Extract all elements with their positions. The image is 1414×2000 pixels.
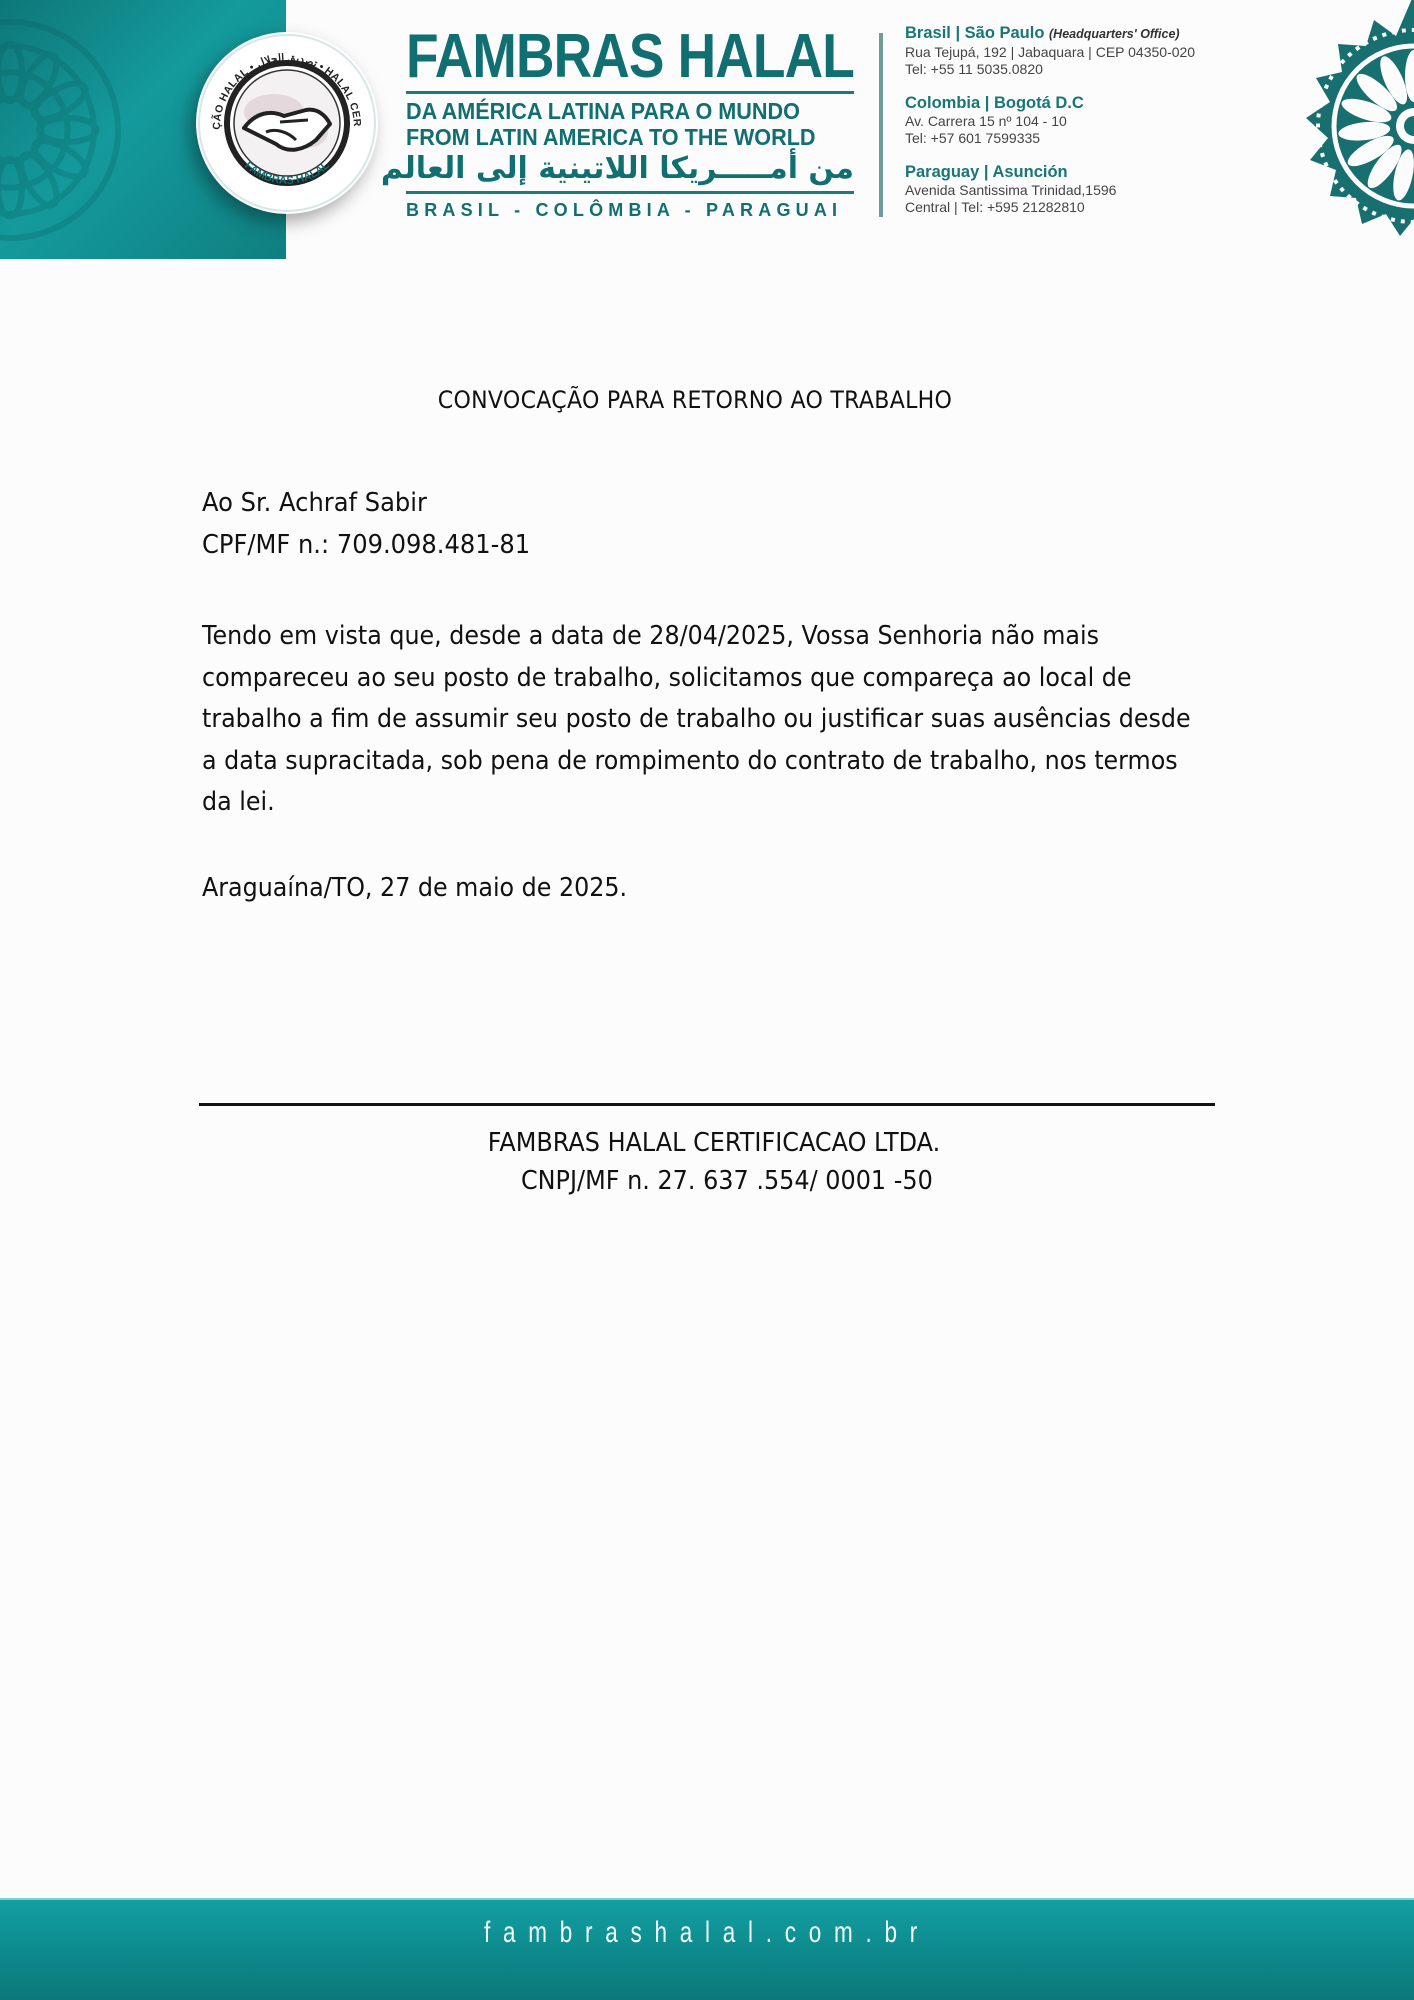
office-title: Paraguay | Asunción: [905, 163, 1068, 181]
brand-block: FAMBRAS HALAL DA AMÉRICA LATINA PARA O M…: [406, 26, 854, 221]
office-note: (Headquarters' Office): [1049, 27, 1180, 41]
office-phone: Tel: +55 11 5035.0820: [905, 61, 1235, 78]
office-title: Colombia | Bogotá D.C: [905, 94, 1084, 112]
document-title: CONVOCAÇÃO PARA RETORNO AO TRABALHO: [56, 386, 1335, 414]
office-phone: Tel: +57 601 7599335: [905, 130, 1235, 147]
signatory-company: FAMBRAS HALAL CERTIFICACAO LTDA.: [57, 1124, 1371, 1162]
office-address: Av. Carrera 15 nº 104 - 10: [905, 113, 1235, 130]
place-and-date: Araguaína/TO, 27 de maio de 2025.: [202, 873, 627, 903]
tagline-ar: من أمـــــريكا اللاتينية إلى العالم: [406, 150, 854, 188]
recipient-cpf: CPF/MF n.: 709.098.481-81: [202, 524, 530, 566]
footer-website: fambrashalal.com.br: [177, 1916, 1238, 1950]
office-brasil: Brasil | São Paulo (Headquarters' Office…: [905, 24, 1235, 78]
signature-line: [199, 1103, 1215, 1106]
office-title: Brasil | São Paulo: [905, 24, 1044, 42]
brand-title: FAMBRAS HALAL: [406, 26, 791, 88]
office-addresses: Brasil | São Paulo (Headquarters' Office…: [905, 24, 1235, 232]
footer-bar: fambrashalal.com.br: [0, 1898, 1414, 2000]
header-divider: [879, 33, 883, 217]
mandala-ornament-icon: [1284, 0, 1414, 260]
office-address: Rua Tejupá, 192 | Jabaquara | CEP 04350-…: [905, 44, 1235, 61]
recipient-block: Ao Sr. Achraf Sabir CPF/MF n.: 709.098.4…: [202, 482, 530, 566]
mandala-decoration-icon: [0, 10, 130, 250]
tagline-pt: DA AMÉRICA LATINA PARA O MUNDO: [406, 98, 827, 124]
office-colombia: Colombia | Bogotá D.C Av. Carrera 15 nº …: [905, 94, 1235, 147]
handshake-seal-icon: CERTIFICAÇÃO HALAL • تصديق الحلال • HALA…: [196, 32, 378, 214]
tagline-en: FROM LATIN AMERICA TO THE WORLD: [406, 124, 827, 150]
halal-certification-seal: CERTIFICAÇÃO HALAL • تصديق الحلال • HALA…: [196, 32, 378, 214]
brand-rule: [406, 91, 854, 94]
body-paragraph: Tendo em vista que, desde a data de 28/0…: [202, 616, 1199, 824]
countries-line: BRASIL - COLÔMBIA - PARAGUAI: [406, 200, 854, 221]
signature-block: FAMBRAS HALAL CERTIFICACAO LTDA. CNPJ/MF…: [0, 1124, 1414, 1200]
office-phone: Central | Tel: +595 21282810: [905, 199, 1235, 216]
brand-rule: [406, 191, 854, 194]
signatory-cnpj: CNPJ/MF n. 27. 637 .554/ 0001 -50: [57, 1162, 1371, 1200]
office-paraguay: Paraguay | Asunción Avenida Santissima T…: [905, 163, 1235, 216]
recipient-name: Ao Sr. Achraf Sabir: [202, 482, 530, 524]
office-address: Avenida Santissima Trinidad,1596: [905, 182, 1235, 199]
